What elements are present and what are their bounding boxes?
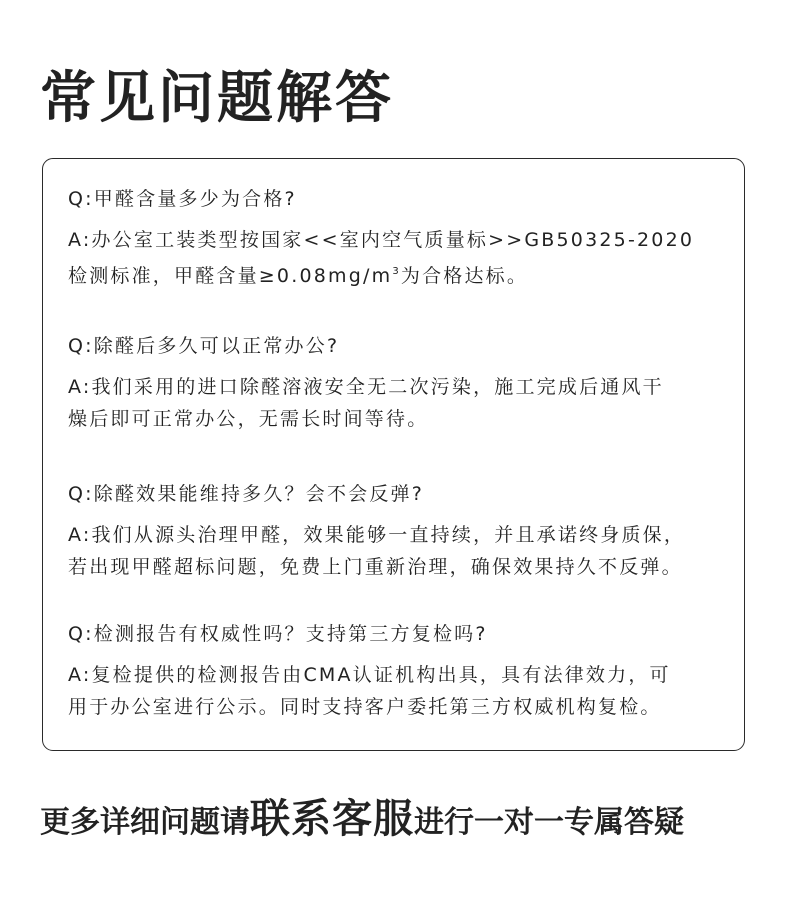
- faq-answer-line: 检测标准，甲醛含量≥0.08mg/m: [68, 265, 392, 287]
- faq-answer-line: A:办公室工装类型按国家<<室内空气质量标>>GB50325-2020: [68, 229, 694, 251]
- contact-suffix: 进行一对一专属答疑: [414, 805, 684, 840]
- faq-answer: A:办公室工装类型按国家<<室内空气质量标>>GB50325-2020 检测标准…: [68, 224, 728, 292]
- faq-answer-line: A:我们采用的进口除醛溶液安全无二次污染，施工完成后通风干: [68, 376, 664, 398]
- faq-answer-line: A:我们从源头治理甲醛，效果能够一直持续，并且承诺终身质保，: [68, 524, 685, 546]
- faq-answer-line: 若出现甲醛超标问题，免费上门重新治理，确保效果持久不反弹。: [68, 556, 683, 578]
- faq-item: Q:检测报告有权威性吗？支持第三方复检吗? A:复检提供的检测报告由CMA认证机…: [68, 619, 728, 723]
- faq-answer-line: 用于办公室进行公示。同时支持客户委托第三方权威机构复检。: [68, 696, 662, 718]
- faq-answer: A:我们从源头治理甲醛，效果能够一直持续，并且承诺终身质保， 若出现甲醛超标问题…: [68, 519, 728, 583]
- faq-question: Q:除醛效果能维持多久？会不会反弹?: [68, 479, 728, 509]
- faq-answer: A:复检提供的检测报告由CMA认证机构出具，具有法律效力，可 用于办公室进行公示…: [68, 659, 728, 723]
- faq-question: Q:检测报告有权威性吗？支持第三方复检吗?: [68, 619, 728, 649]
- superscript: 3: [392, 266, 401, 277]
- faq-container: Q:甲醛含量多少为合格? A:办公室工装类型按国家<<室内空气质量标>>GB50…: [42, 158, 745, 751]
- faq-item: Q:除醛后多久可以正常办公? A:我们采用的进口除醛溶液安全无二次污染，施工完成…: [68, 331, 728, 435]
- faq-answer-line: 燥后即可正常办公，无需长时间等待。: [68, 408, 428, 430]
- contact-banner: 更多详细问题请联系客服进行一对一专属答疑: [40, 794, 760, 852]
- contact-prefix: 更多详细问题请: [40, 805, 250, 840]
- faq-question: Q:除醛后多久可以正常办公?: [68, 331, 728, 361]
- faq-answer-line: A:复检提供的检测报告由CMA认证机构出具，具有法律效力，可: [68, 664, 671, 686]
- faq-item: Q:除醛效果能维持多久？会不会反弹? A:我们从源头治理甲醛，效果能够一直持续，…: [68, 479, 728, 583]
- faq-item: Q:甲醛含量多少为合格? A:办公室工装类型按国家<<室内空气质量标>>GB50…: [68, 184, 728, 292]
- page-title: 常见问题解答: [40, 64, 394, 134]
- contact-service-highlight: 联系客服: [250, 796, 414, 842]
- faq-answer: A:我们采用的进口除醛溶液安全无二次污染，施工完成后通风干 燥后即可正常办公，无…: [68, 371, 728, 435]
- faq-answer-line: 为合格达标。: [401, 265, 528, 287]
- faq-question: Q:甲醛含量多少为合格?: [68, 184, 728, 214]
